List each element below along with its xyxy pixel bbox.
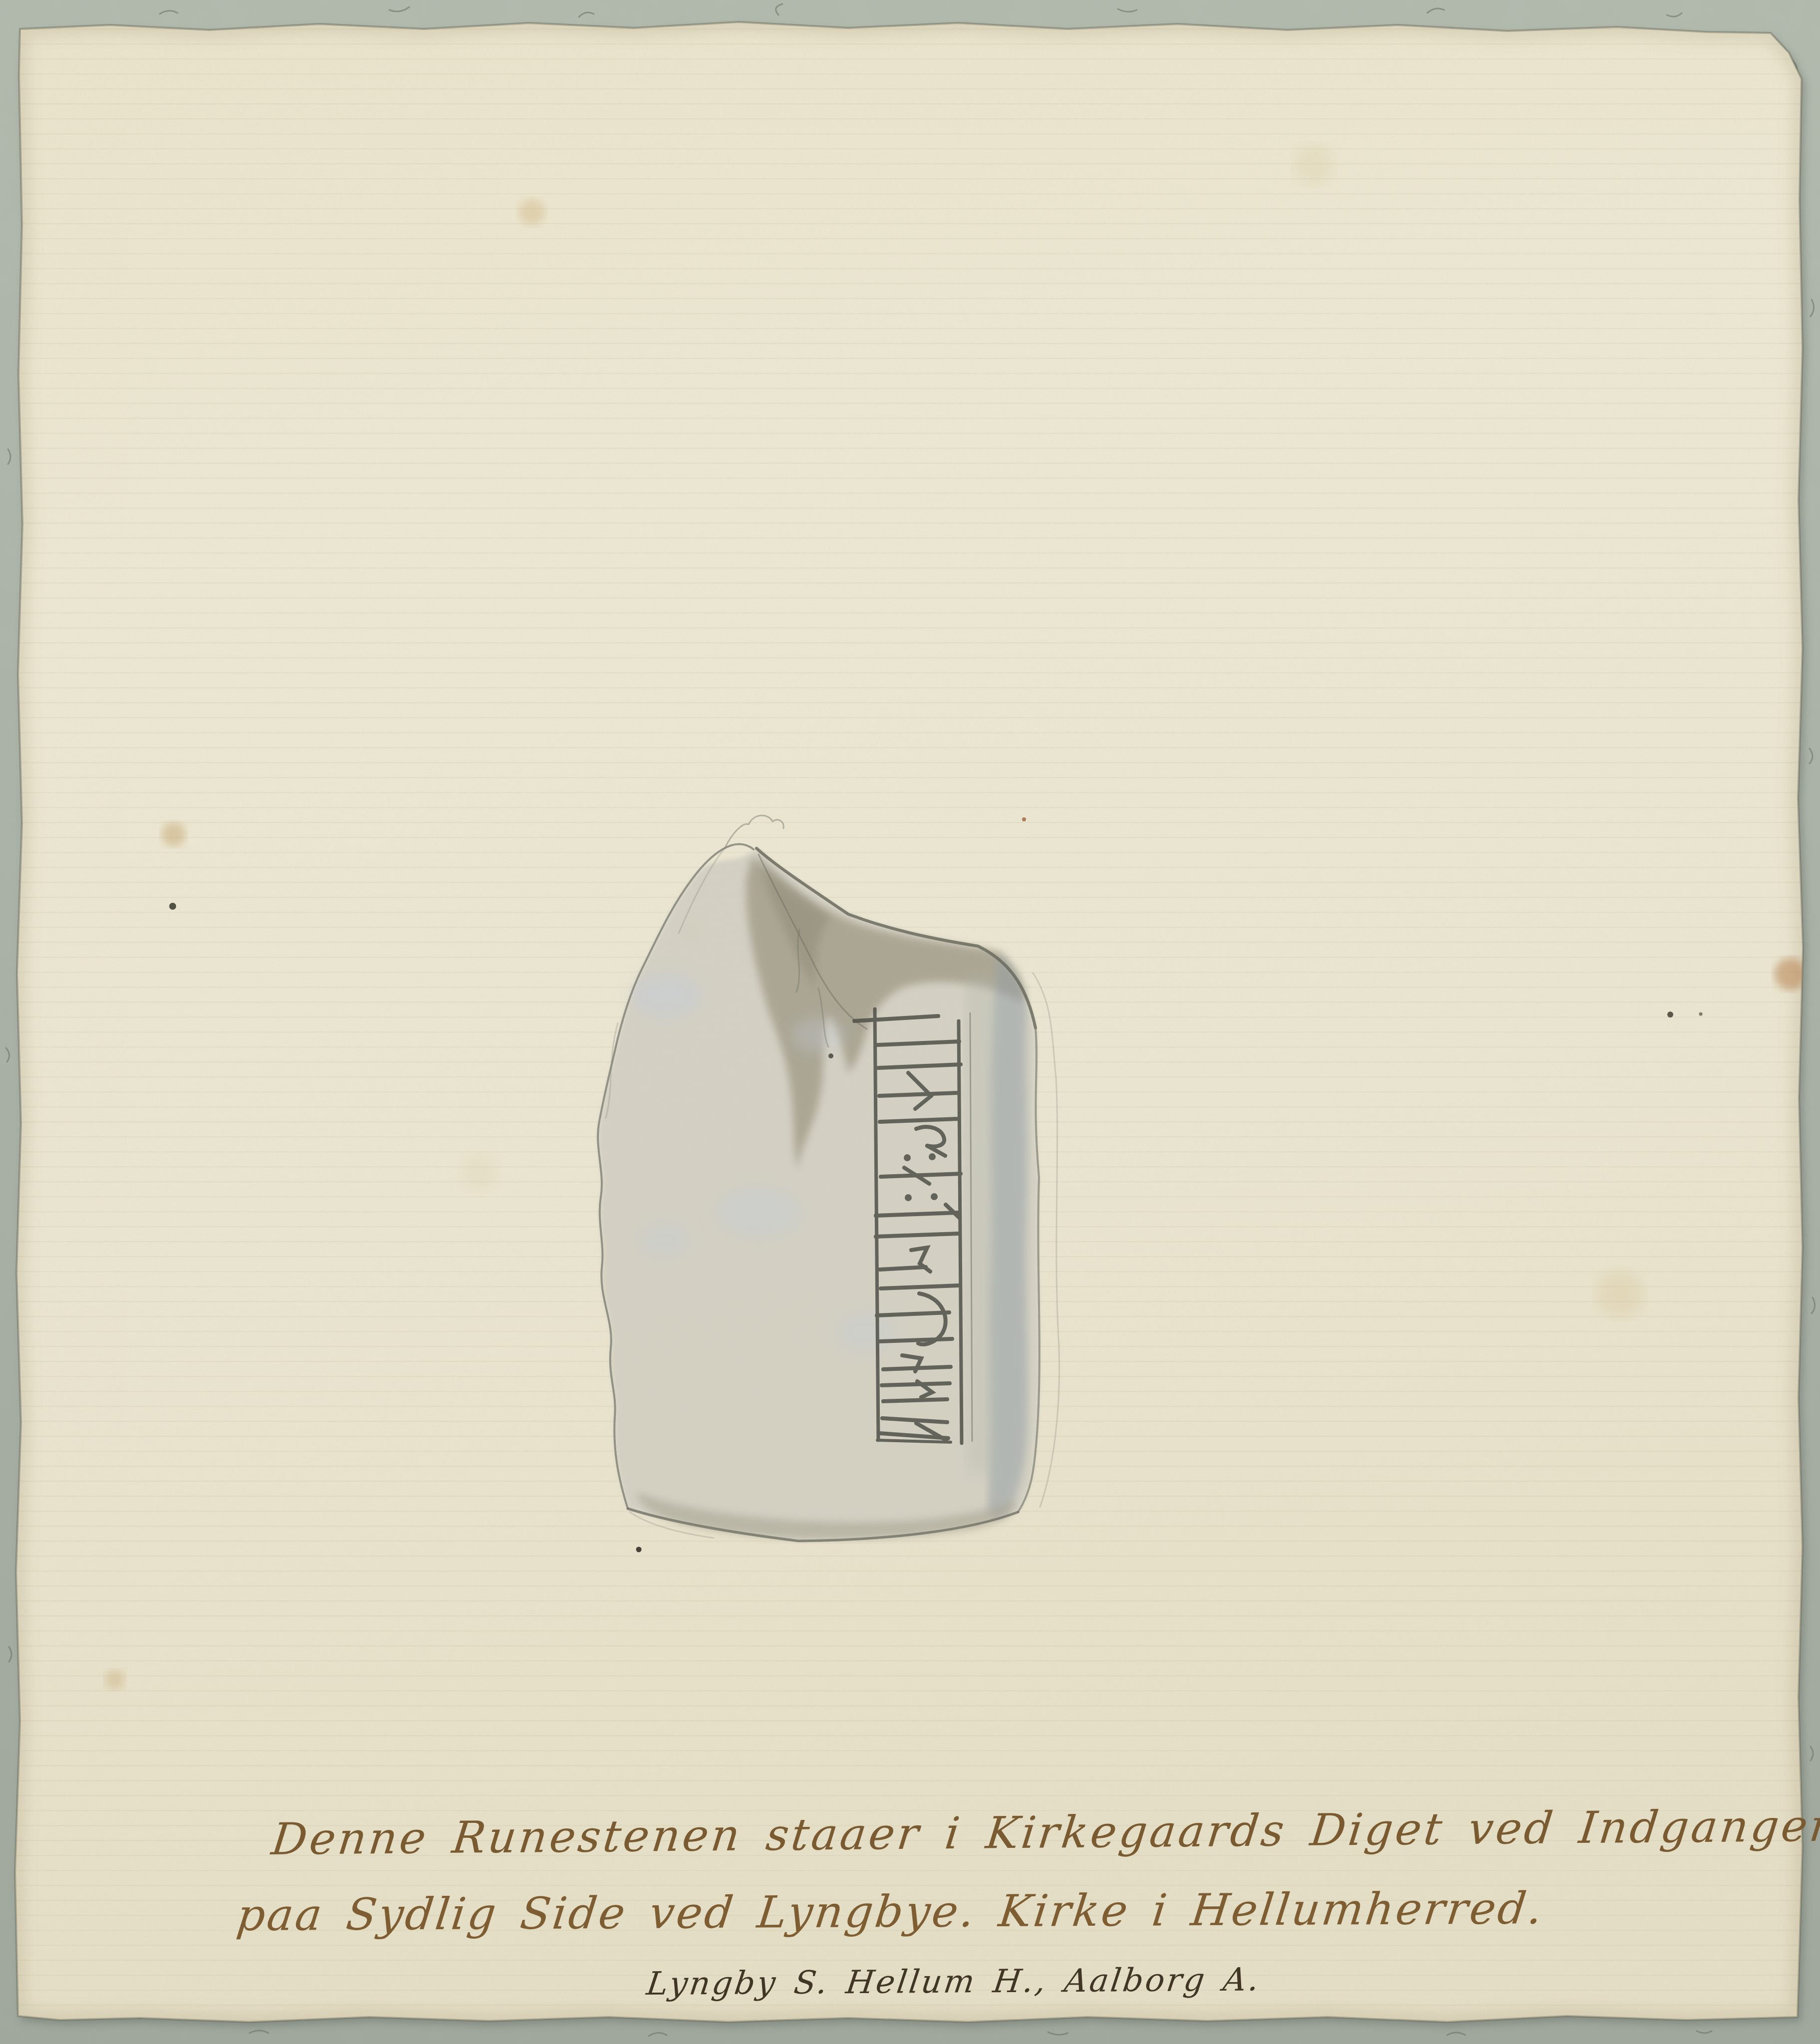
stone-washes [598,848,1040,1541]
caption-line-3: Lyngby S. Hellum H., Aalborg A. [645,1964,1263,2000]
caption-line-2: paa Sydlig Side ved Lyngbye. Kirke i Hel… [235,1886,1547,1937]
paper-sheet [0,0,1820,2044]
scan-artwork [0,0,1820,2044]
caption-line-1: Denne Runestenen staaer i Kirkegaards Di… [269,1803,1820,1861]
archival-scan: Denne Runestenen staaer i Kirkegaards Di… [0,0,1820,2044]
stone-dark-dot [828,1053,833,1058]
